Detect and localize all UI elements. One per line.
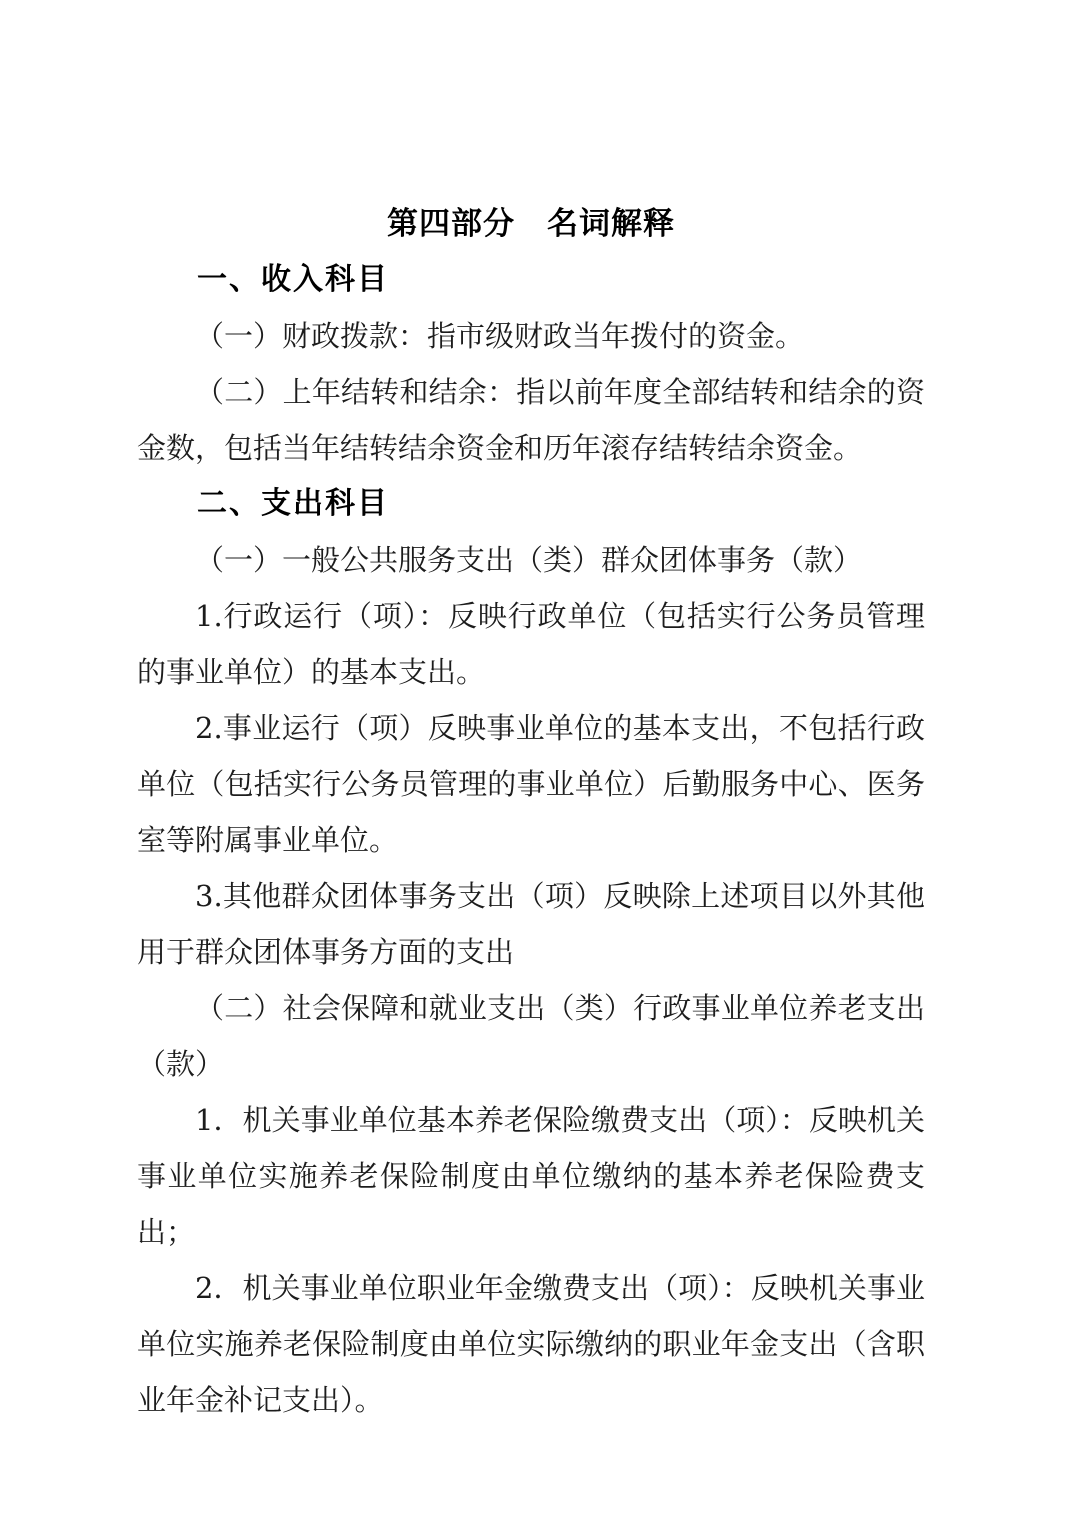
paragraph-social-security-employment: （二）社会保障和就业支出（类）行政事业单位养老支出（款） <box>137 980 925 1092</box>
section-heading-income: 一、收入科目 <box>137 252 925 308</box>
paragraph-administrative-operation: 1.行政运行（项）：反映行政单位（包括实行公务员管理的事业单位）的基本支出。 <box>137 588 925 700</box>
document-content: 第四部分 名词解释 一、收入科目 （一）财政拨款：指市级财政当年拨付的资金。 （… <box>137 196 925 1428</box>
paragraph-general-public-service: （一）一般公共服务支出（类）群众团体事务（款） <box>137 532 925 588</box>
paragraph-basic-pension-insurance: 1．机关事业单位基本养老保险缴费支出（项）：反映机关事业单位实施养老保险制度由单… <box>137 1092 925 1260</box>
paragraph-occupational-annuity: 2．机关事业单位职业年金缴费支出（项）：反映机关事业单位实施养老保险制度由单位实… <box>137 1260 925 1428</box>
section-heading-expenditure: 二、支出科目 <box>137 476 925 532</box>
document-title: 第四部分 名词解释 <box>137 196 925 252</box>
paragraph-institution-operation: 2.事业运行（项）反映事业单位的基本支出，不包括行政单位（包括实行公务员管理的事… <box>137 700 925 868</box>
paragraph-other-mass-organization: 3.其他群众团体事务支出（项）反映除上述项目以外其他用于群众团体事务方面的支出 <box>137 868 925 980</box>
document-page: 第四部分 名词解释 一、收入科目 （一）财政拨款：指市级财政当年拨付的资金。 （… <box>0 0 1074 1520</box>
paragraph-carryover-balance: （二）上年结转和结余：指以前年度全部结转和结余的资金数，包括当年结转结余资金和历… <box>137 364 925 476</box>
paragraph-fiscal-allocation: （一）财政拨款：指市级财政当年拨付的资金。 <box>137 308 925 364</box>
